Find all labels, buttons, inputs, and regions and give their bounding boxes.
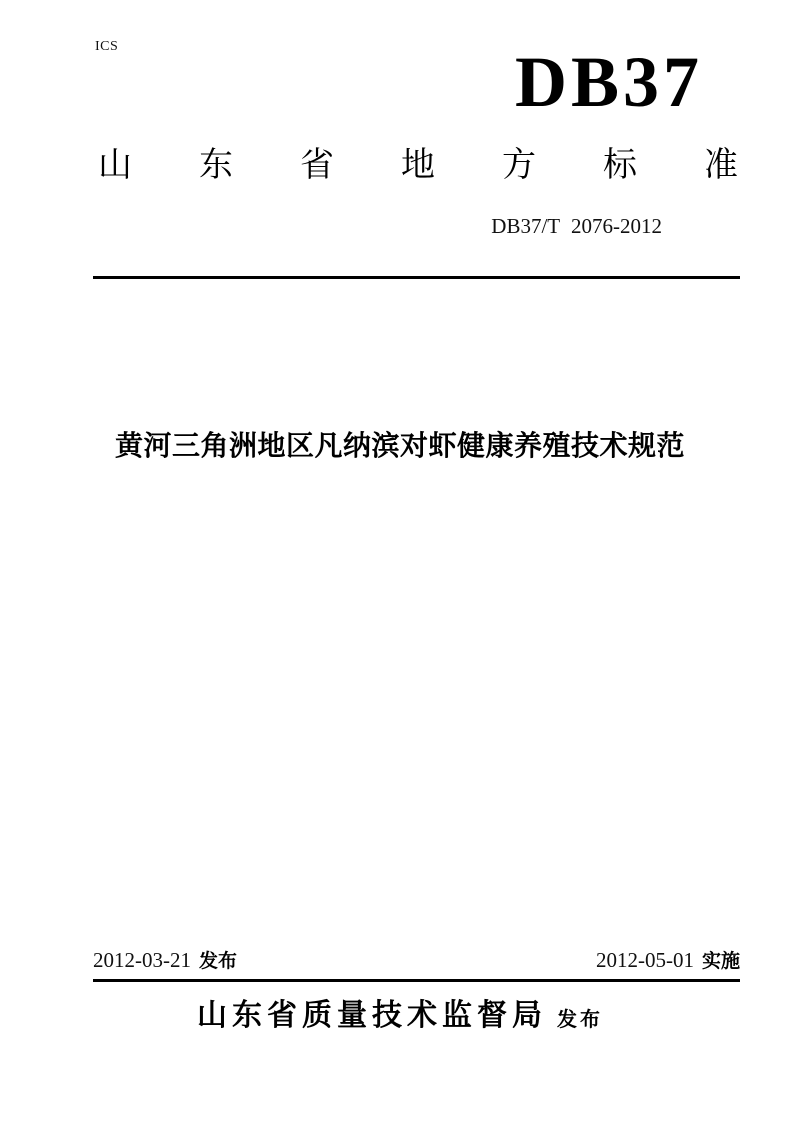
publisher-row: 山东省质量技术监督局 发布	[0, 999, 800, 1032]
db37-standard-logo: DB37	[0, 46, 703, 118]
implementation-date: 2012-05-01	[596, 948, 694, 973]
issue-date: 2012-03-21	[93, 948, 191, 973]
issue-date-group: 2012-03-21 发布	[93, 946, 237, 973]
publisher-action-label: 发布	[557, 1003, 603, 1032]
implementation-date-label: 实施	[702, 946, 740, 973]
dates-row: 2012-03-21 发布 2012-05-01 实施	[93, 946, 740, 982]
publisher-name: 山东省质量技术监督局	[197, 999, 547, 1032]
standard-cover-page: ICS DB37 山东省地方标准 DB37/T 2076-2012 黄河三角洲地…	[0, 0, 800, 1130]
implementation-date-group: 2012-05-01 实施	[596, 946, 740, 973]
standard-number: DB37/T 2076-2012	[0, 214, 662, 239]
standard-type-heading: 山东省地方标准	[98, 146, 800, 185]
document-title: 黄河三角洲地区凡纳滨对虾健康养殖技术规范	[0, 429, 800, 463]
header-divider-rule	[93, 276, 740, 279]
issue-date-label: 发布	[199, 946, 237, 973]
